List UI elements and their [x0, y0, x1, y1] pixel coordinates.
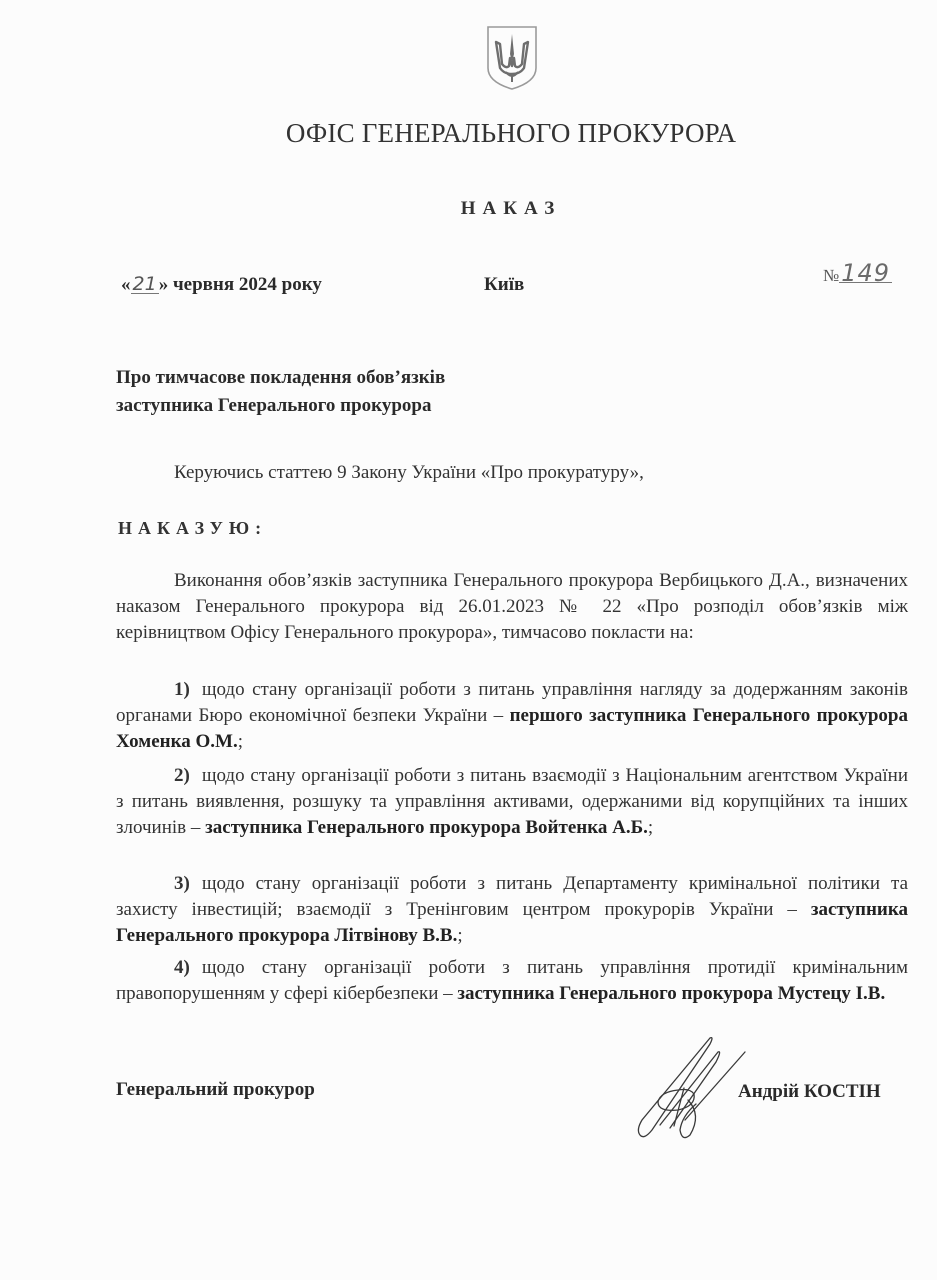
item-text: щодо стану організації роботи з питань Д…	[116, 873, 908, 920]
item-end: ;	[238, 731, 243, 752]
item-end: ;	[457, 925, 462, 946]
order-number-handwritten: 149	[839, 264, 892, 283]
preamble: Керуючись статтею 9 Закону України «Про …	[174, 462, 644, 484]
order-date: «21» червня 2024 року	[121, 274, 322, 296]
item-assignee: заступника Генерального прокурора Войтен…	[205, 817, 648, 838]
city: Київ	[484, 274, 524, 296]
organization-title: ОФІС ГЕНЕРАЛЬНОГО ПРОКУРОРА	[0, 118, 937, 149]
orders-heading: НАКАЗУЮ:	[118, 518, 267, 539]
date-day-handwritten: 21	[131, 275, 159, 294]
order-item: 4)щодо стану організації роботи з питань…	[116, 955, 908, 1007]
item-number: 3)	[174, 873, 190, 894]
item-number: 1)	[174, 679, 190, 700]
order-item: 2)щодо стану організації роботи з питань…	[116, 763, 908, 841]
order-item: 1)щодо стану організації роботи з питань…	[116, 677, 908, 755]
document-page: ОФІС ГЕНЕРАЛЬНОГО ПРОКУРОРА НАКАЗ «21» ч…	[0, 0, 937, 1280]
number-sign: №	[823, 266, 839, 285]
item-end: ;	[648, 817, 653, 838]
subject-line-2: заступника Генерального прокурора	[116, 392, 445, 420]
signer-title: Генеральний прокурор	[116, 1079, 315, 1101]
item-number: 4)	[174, 957, 190, 978]
order-item: 3)щодо стану організації роботи з питань…	[116, 871, 908, 949]
main-paragraph: Виконання обов’язків заступника Генераль…	[116, 568, 908, 646]
date-open-quote: «	[121, 274, 131, 295]
signer-name: Андрій КОСТІН	[738, 1081, 881, 1103]
coat-of-arms-icon	[484, 24, 540, 92]
order-subject: Про тимчасове покладення обов’язків заст…	[116, 364, 445, 420]
order-number: №149	[823, 264, 892, 286]
item-number: 2)	[174, 765, 190, 786]
date-month-year: » червня 2024 року	[159, 274, 322, 295]
item-assignee: заступника Генерального прокурора Мустец…	[457, 983, 885, 1004]
subject-line-1: Про тимчасове покладення обов’язків	[116, 364, 445, 392]
main-paragraph-text: Виконання обов’язків заступника Генераль…	[116, 568, 908, 646]
document-type-heading: НАКАЗ	[0, 198, 937, 220]
